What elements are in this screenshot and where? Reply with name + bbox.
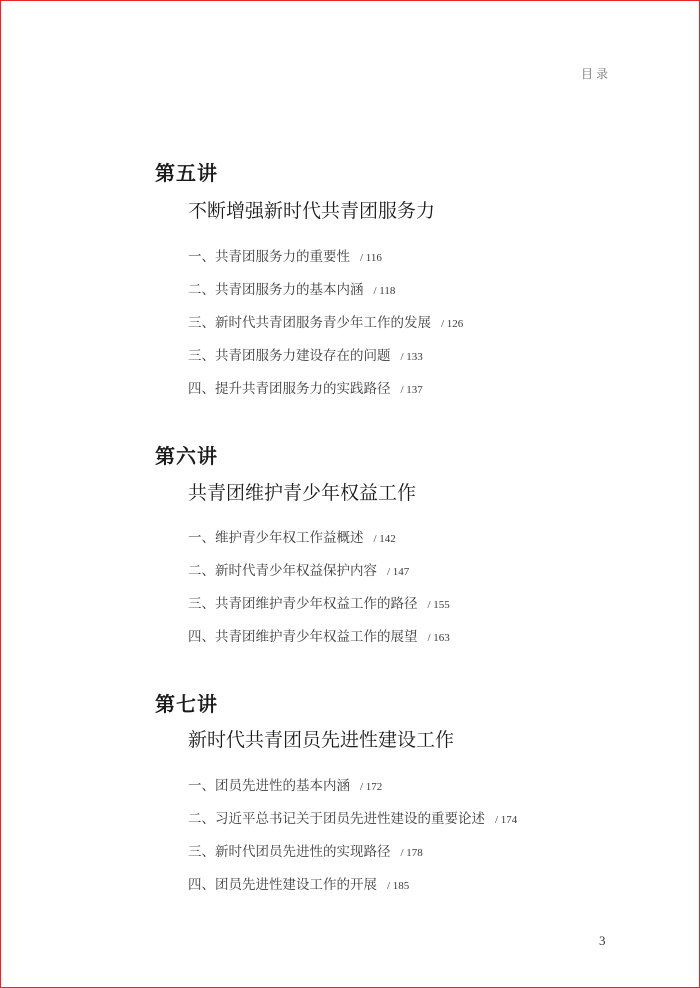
toc-item-text: 二、新时代青少年权益保护内容	[188, 563, 377, 579]
toc-item[interactable]: 四、共青团维护青少年权益工作的展望/ 163	[188, 625, 450, 645]
toc-item-text: 一、维护青少年权工作益概述	[188, 530, 364, 546]
page-number: / 174	[495, 814, 517, 826]
toc-item-text: 三、共青团服务力建设存在的问题	[188, 348, 391, 364]
book-page: 目录 第五讲 不断增强新时代共青团服务力 一、共青团服务力的重要性/ 116 二…	[0, 0, 700, 988]
lecture-label: 第五讲	[155, 157, 218, 186]
lecture-title: 共青团维护青少年权益工作	[188, 478, 416, 505]
lecture-title: 新时代共青团员先进性建设工作	[188, 725, 454, 752]
running-head: 目录	[581, 65, 611, 82]
toc-item[interactable]: 一、团员先进性的基本内涵/ 172	[188, 774, 382, 794]
toc-item[interactable]: 三、新时代团员先进性的实现路径/ 178	[188, 840, 423, 860]
lecture-label: 第七讲	[155, 688, 218, 717]
page-number: / 172	[360, 781, 382, 793]
page-number: / 155	[428, 599, 450, 611]
toc-item[interactable]: 四、团员先进性建设工作的开展/ 185	[188, 873, 409, 893]
page-number: / 185	[387, 880, 409, 892]
page-number: / 178	[401, 847, 423, 859]
toc-item-text: 四、提升共青团服务力的实践路径	[188, 381, 391, 397]
lecture-title: 不断增强新时代共青团服务力	[188, 196, 435, 223]
toc-item[interactable]: 四、提升共青团服务力的实践路径/ 137	[188, 377, 423, 397]
toc-item[interactable]: 二、新时代青少年权益保护内容/ 147	[188, 559, 409, 579]
toc-item-text: 四、团员先进性建设工作的开展	[188, 877, 377, 893]
toc-item[interactable]: 三、共青团服务力建设存在的问题/ 133	[188, 344, 423, 364]
toc-item[interactable]: 三、新时代共青团服务青少年工作的发展/ 126	[188, 311, 463, 331]
page-folio: 3	[599, 933, 606, 949]
page-number: / 163	[428, 632, 450, 644]
toc-item[interactable]: 一、共青团服务力的重要性/ 116	[188, 245, 382, 265]
toc-item[interactable]: 二、习近平总书记关于团员先进性建设的重要论述/ 174	[188, 807, 517, 827]
page-number: / 137	[401, 384, 423, 396]
page-number: / 133	[401, 351, 423, 363]
toc-item[interactable]: 二、共青团服务力的基本内涵/ 118	[188, 278, 395, 298]
toc-item-text: 二、共青团服务力的基本内涵	[188, 282, 364, 298]
toc-item-text: 一、团员先进性的基本内涵	[188, 778, 350, 794]
page-number: / 126	[441, 318, 463, 330]
page-number: / 147	[387, 566, 409, 578]
toc-item-text: 一、共青团服务力的重要性	[188, 249, 350, 265]
lecture-label: 第六讲	[155, 440, 218, 469]
toc-item-text: 二、习近平总书记关于团员先进性建设的重要论述	[188, 811, 485, 827]
toc-item-text: 三、共青团维护青少年权益工作的路径	[188, 596, 418, 612]
toc-item-text: 三、新时代团员先进性的实现路径	[188, 844, 391, 860]
toc-item-text: 三、新时代共青团服务青少年工作的发展	[188, 315, 431, 331]
toc-item-text: 四、共青团维护青少年权益工作的展望	[188, 629, 418, 645]
toc-item[interactable]: 三、共青团维护青少年权益工作的路径/ 155	[188, 592, 450, 612]
toc-item[interactable]: 一、维护青少年权工作益概述/ 142	[188, 526, 396, 546]
page-number: / 118	[374, 285, 396, 297]
page-number: / 142	[374, 533, 396, 545]
page-number: / 116	[360, 252, 382, 264]
